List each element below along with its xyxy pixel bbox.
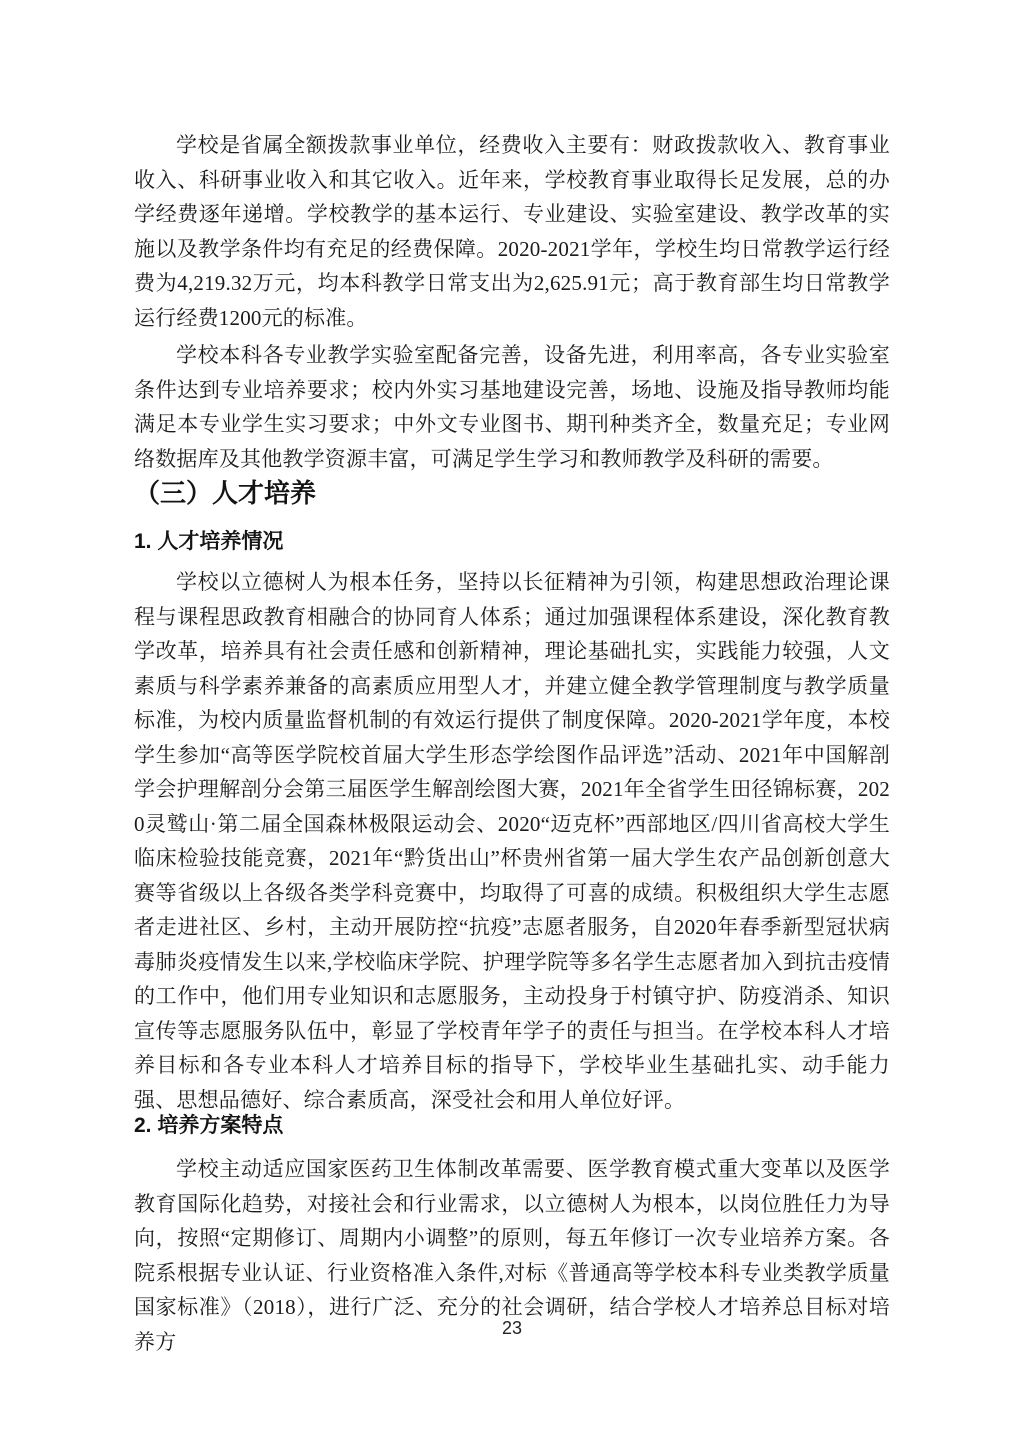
- section-heading-talent-cultivation: （三）人才培养: [134, 474, 890, 512]
- paragraph-labs-resources: 学校本科各专业教学实验室配备完善，设备先进，利用率高，各专业实验室条件达到专业培…: [134, 338, 890, 476]
- subheading-talent-cultivation-status: 1. 人才培养情况: [134, 527, 890, 557]
- subheading-training-plan-features: 2. 培养方案特点: [134, 1111, 890, 1141]
- paragraph-talent-cultivation: 学校以立德树人为根本任务，坚持以长征精神为引领，构建思想政治理论课程与课程思政教…: [134, 565, 890, 1117]
- document-page: 学校是省属全额拨款事业单位，经费收入主要有：财政拨款收入、教育事业收入、科研事业…: [0, 0, 1024, 1448]
- paragraph-funding-income: 学校是省属全额拨款事业单位，经费收入主要有：财政拨款收入、教育事业收入、科研事业…: [134, 128, 890, 335]
- page-number: 23: [0, 1318, 1024, 1339]
